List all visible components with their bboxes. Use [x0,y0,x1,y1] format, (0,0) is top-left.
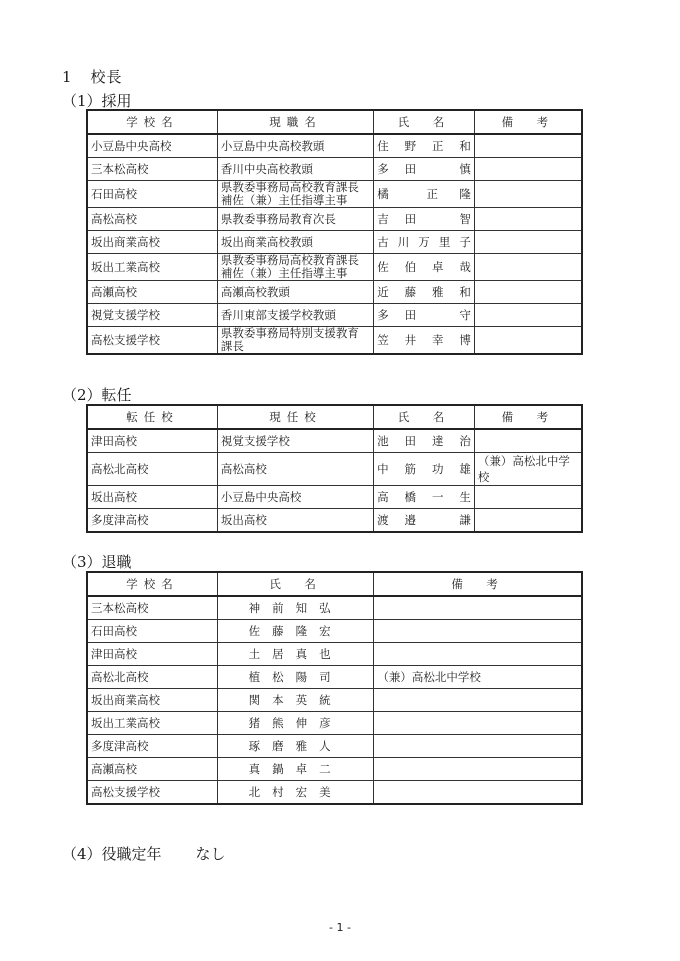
cell-transfer-to: 高松北高校 [87,453,217,486]
cell-school: 視覚支援学校 [87,304,217,327]
table-row: 津田高校 視覚支援学校 池田達治 [87,429,582,453]
cell-school: 小豆島中央高校 [87,134,217,158]
cell-school: 石田高校 [87,620,217,643]
table-row: 坂出工業高校 県教委事務局高校教育課長補佐（兼）主任指導主事 佐伯卓哉 [87,254,582,281]
cell-school: 多度津高校 [87,735,217,758]
cell-name: 佐藤隆宏 [217,620,373,643]
section-mandatory-retirement: （4）役職定年なし [62,843,226,864]
cell-school: 坂出商業高校 [87,231,217,254]
cell-note [374,689,582,712]
table-header-row: 学校名 現職名 氏 名 備 考 [87,110,582,134]
cell-school: 津田高校 [87,643,217,666]
header-note: 備 考 [374,572,582,596]
cell-name: 関本英統 [217,689,373,712]
table-row: 坂出商業高校 関本英統 [87,689,582,712]
section-title-retirement: （3）退職 [62,551,132,572]
table-row: 高松高校 県教委事務局教育次長 吉田 智 [87,208,582,231]
header-note: 備 考 [474,405,582,429]
cell-school: 高瀬高校 [87,281,217,304]
table-row: 坂出工業高校 猪熊伸彦 [87,712,582,735]
retirement-table: 学校名 氏 名 備 考 三本松高校 神前知弘 石田高校 佐藤隆宏 津田高校 土居… [86,571,583,805]
cell-note [374,735,582,758]
cell-name: 琢磨雅人 [217,735,373,758]
header-transfer-to: 転任校 [87,405,217,429]
cell-name: 近藤雅和 [374,281,475,304]
cell-note [474,181,582,208]
cell-position: 県教委事務局教育次長 [217,208,373,231]
table-row: 高瀬高校 真鍋卓二 [87,758,582,781]
table-row: 津田高校 土居真也 [87,643,582,666]
cell-current: 高松高校 [217,453,373,486]
cell-position: 香川東部支援学校教頭 [217,304,373,327]
table-row: 多度津高校 坂出高校 渡邉 謙 [87,509,582,533]
cell-school: 高松高校 [87,208,217,231]
cell-note: （兼）高松北中学校 [374,666,582,689]
cell-transfer-to: 多度津高校 [87,509,217,533]
cell-name: 吉田 智 [374,208,475,231]
cell-note [474,254,582,281]
cell-name: 高橋一生 [374,486,475,509]
table-row: 高松支援学校 北村宏美 [87,781,582,805]
cell-name: 植松陽司 [217,666,373,689]
table-row: 坂出商業高校 坂出商業高校教頭 古川万里子 [87,231,582,254]
cell-name: 渡邉 謙 [374,509,475,533]
table-row: 坂出高校 小豆島中央高校 高橋一生 [87,486,582,509]
cell-note [374,758,582,781]
document-heading: 1校長 [62,66,123,87]
cell-note [374,620,582,643]
cell-note [374,781,582,805]
cell-position: 県教委事務局高校教育課長補佐（兼）主任指導主事 [217,254,373,281]
cell-note [474,304,582,327]
table-row: 高松支援学校 県教委事務局特別支援教育課長 笠井幸博 [87,327,582,355]
table-row: 三本松高校 神前知弘 [87,596,582,620]
header-current: 現任校 [217,405,373,429]
cell-note [474,509,582,533]
table-header-row: 転任校 現任校 氏 名 備 考 [87,405,582,429]
cell-note [474,208,582,231]
cell-name: 佐伯卓哉 [374,254,475,281]
cell-school: 高松支援学校 [87,781,217,805]
cell-transfer-to: 津田高校 [87,429,217,453]
cell-name: 神前知弘 [217,596,373,620]
cell-note [474,327,582,355]
transfer-table: 転任校 現任校 氏 名 備 考 津田高校 視覚支援学校 池田達治 高松北高校 高… [86,404,583,533]
table-row: 三本松高校 香川中央高校教頭 多田 慎 [87,158,582,181]
cell-note [474,158,582,181]
cell-name: 笠井幸博 [374,327,475,355]
cell-position: 高瀬高校教頭 [217,281,373,304]
cell-current: 視覚支援学校 [217,429,373,453]
table-row: 高松北高校 植松陽司 （兼）高松北中学校 [87,666,582,689]
cell-current: 小豆島中央高校 [217,486,373,509]
cell-school: 坂出工業高校 [87,254,217,281]
header-note: 備 考 [474,110,582,134]
cell-school: 坂出工業高校 [87,712,217,735]
header-school: 学校名 [87,572,217,596]
cell-note [374,712,582,735]
cell-name: 住野正和 [374,134,475,158]
cell-name: 北村宏美 [217,781,373,805]
cell-current: 坂出高校 [217,509,373,533]
cell-position: 香川中央高校教頭 [217,158,373,181]
cell-name: 中筋功雄 [374,453,475,486]
cell-name: 多田 守 [374,304,475,327]
cell-name: 池田達治 [374,429,475,453]
cell-note: （兼）高松北中学校 [474,453,582,486]
cell-school: 坂出商業高校 [87,689,217,712]
cell-position: 坂出商業高校教頭 [217,231,373,254]
cell-name: 真鍋卓二 [217,758,373,781]
cell-transfer-to: 坂出高校 [87,486,217,509]
cell-school: 高松支援学校 [87,327,217,355]
table-row: 高瀬高校 高瀬高校教頭 近藤雅和 [87,281,582,304]
cell-note [474,486,582,509]
cell-name: 土居真也 [217,643,373,666]
cell-note [374,596,582,620]
header-position: 現職名 [217,110,373,134]
cell-school: 三本松高校 [87,158,217,181]
page-number: - 1 - [0,921,680,934]
cell-note [374,643,582,666]
table-row: 視覚支援学校 香川東部支援学校教頭 多田 守 [87,304,582,327]
section-title-hiring: （1）採用 [62,90,132,111]
cell-note [474,281,582,304]
section-title-transfer: （2）転任 [62,384,132,405]
heading-title: 校長 [91,68,123,86]
table-row: 石田高校 佐藤隆宏 [87,620,582,643]
cell-note [474,134,582,158]
section-value: なし [196,845,226,863]
cell-note [474,231,582,254]
cell-name: 猪熊伸彦 [217,712,373,735]
cell-school: 高瀬高校 [87,758,217,781]
heading-number: 1 [62,68,73,86]
cell-school: 石田高校 [87,181,217,208]
table-header-row: 学校名 氏 名 備 考 [87,572,582,596]
hiring-table: 学校名 現職名 氏 名 備 考 小豆島中央高校 小豆島中央高校教頭 住野正和 三… [86,109,583,355]
section-title-mandatory-retirement: （4）役職定年 [62,845,162,863]
header-school: 学校名 [87,110,217,134]
header-name: 氏 名 [217,572,373,596]
header-name: 氏 名 [374,405,475,429]
table-row: 石田高校 県教委事務局高校教育課長補佐（兼）主任指導主事 橘 正 隆 [87,181,582,208]
cell-note [474,429,582,453]
cell-school: 高松北高校 [87,666,217,689]
cell-name: 多田 慎 [374,158,475,181]
cell-name: 古川万里子 [374,231,475,254]
cell-school: 三本松高校 [87,596,217,620]
cell-name: 橘 正 隆 [374,181,475,208]
cell-position: 県教委事務局高校教育課長補佐（兼）主任指導主事 [217,181,373,208]
table-row: 高松北高校 高松高校 中筋功雄 （兼）高松北中学校 [87,453,582,486]
cell-position: 小豆島中央高校教頭 [217,134,373,158]
cell-position: 県教委事務局特別支援教育課長 [217,327,373,355]
table-row: 小豆島中央高校 小豆島中央高校教頭 住野正和 [87,134,582,158]
header-name: 氏 名 [374,110,475,134]
table-row: 多度津高校 琢磨雅人 [87,735,582,758]
